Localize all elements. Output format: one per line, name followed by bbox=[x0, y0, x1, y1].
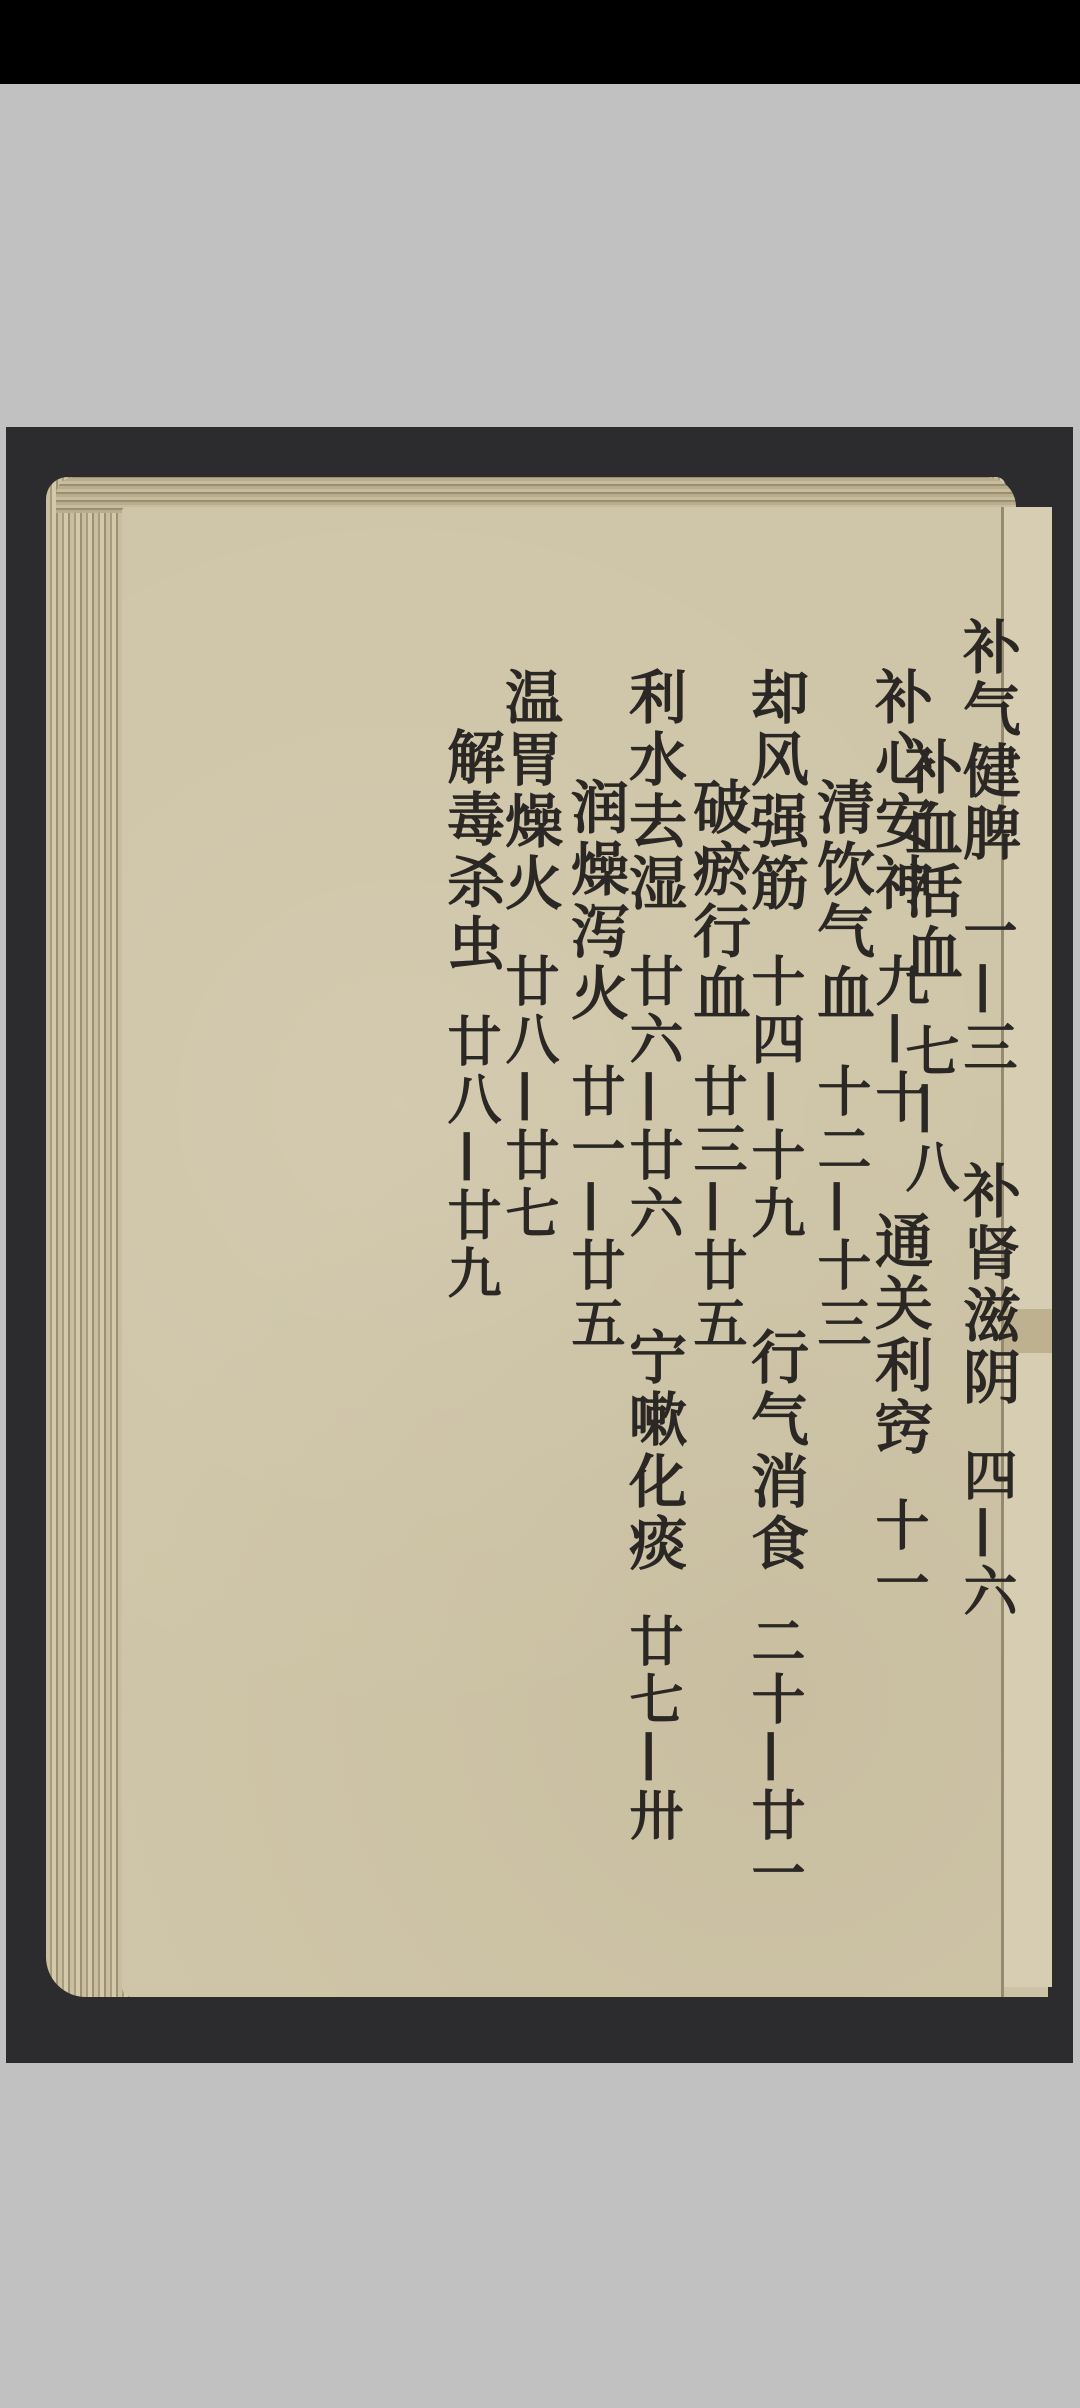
entry-page-range: 十一 bbox=[867, 1498, 931, 1614]
entry-name: 破瘀行血 bbox=[683, 777, 751, 1025]
entry-name: 宁嗽化痰 bbox=[619, 1327, 687, 1575]
index-entry: 解毒杀虫 廿八—廿九 bbox=[442, 727, 500, 1303]
entry-name: 利水去湿 bbox=[619, 667, 687, 915]
viewer-background-bottom bbox=[0, 2063, 1080, 2408]
entry-name: 补肾滋阴 bbox=[953, 1161, 1021, 1409]
entry-page-range: 廿八—廿七 bbox=[497, 953, 561, 1243]
index-column-4: 利水去湿 廿六—廿六 宁嗽化痰 廿七—卅 润燥泻火 廿一—廿五 bbox=[566, 667, 682, 1977]
index-entry: 清饮气血 十二—十三 bbox=[812, 777, 870, 1353]
entry-name: 通关利窍 bbox=[865, 1211, 933, 1459]
entry-name: 补心安神 bbox=[865, 667, 933, 915]
index-column-3: 却风强筋 十四—十九 行气消食 二十—廿一 破瘀行血 廿三—廿五 bbox=[688, 667, 804, 1977]
entry-name: 行气消食 bbox=[741, 1327, 809, 1575]
entry-page-range: 廿七—卅 bbox=[621, 1614, 685, 1846]
entry-page-range: 九—十 bbox=[867, 953, 931, 1127]
entry-page-range: 一—三 bbox=[955, 903, 1019, 1077]
entry-name: 补气健脾 bbox=[953, 617, 1021, 865]
entry-name: 润燥泻火 bbox=[561, 777, 629, 1025]
index-entry: 温胃燥火 廿八—廿七 bbox=[500, 667, 558, 1243]
index-entry: 行气消食 二十—廿一 bbox=[746, 1327, 804, 1903]
top-black-bar bbox=[0, 0, 1080, 84]
index-entry: 宁嗽化痰 廿七—卅 bbox=[624, 1327, 682, 1845]
entry-page-range: 廿六—廿六 bbox=[621, 953, 685, 1243]
entry-name: 却风强筋 bbox=[741, 667, 809, 915]
entry-page-range: 廿一—廿五 bbox=[563, 1063, 627, 1353]
entry-page-range: 四—六 bbox=[955, 1448, 1019, 1622]
book: 补气健脾 一—三 补肾滋阴 四—六 补血活血 七—八 补心安神 九—十 通关利窍… bbox=[46, 477, 1056, 2007]
entry-page-range: 廿八—廿九 bbox=[439, 1013, 503, 1303]
index-entry: 补心安神 九—十 bbox=[870, 667, 928, 1127]
index-entry: 补气健脾 一—三 bbox=[958, 617, 1016, 1077]
index-entry: 破瘀行血 廿三—廿五 bbox=[688, 777, 746, 1353]
entry-page-range: 廿三—廿五 bbox=[685, 1063, 749, 1353]
index-entry: 却风强筋 十四—十九 bbox=[746, 667, 804, 1243]
entry-page-range: 十四—十九 bbox=[743, 953, 807, 1243]
index-column-5: 温胃燥火 廿八—廿七 解毒杀虫 廿八—廿九 bbox=[442, 667, 558, 1667]
entry-name: 清饮气血 bbox=[807, 777, 875, 1025]
index-entry: 利水去湿 廿六—廿六 bbox=[624, 667, 682, 1243]
index-entry: 补肾滋阴 四—六 bbox=[958, 1161, 1016, 1621]
entry-name: 解毒杀虫 bbox=[437, 727, 505, 975]
entry-page-range: 十二—十三 bbox=[809, 1063, 873, 1353]
scanned-photo: 补气健脾 一—三 补肾滋阴 四—六 补血活血 七—八 补心安神 九—十 通关利窍… bbox=[6, 427, 1073, 2063]
index-column-2: 补心安神 九—十 通关利窍 十一 清饮气血 十二—十三 bbox=[812, 667, 928, 1977]
index-entry: 通关利窍 十一 bbox=[870, 1211, 928, 1613]
entry-name: 温胃燥火 bbox=[495, 667, 563, 915]
entry-page-range: 二十—廿一 bbox=[743, 1614, 807, 1904]
index-entry: 润燥泻火 廿一—廿五 bbox=[566, 777, 624, 1353]
